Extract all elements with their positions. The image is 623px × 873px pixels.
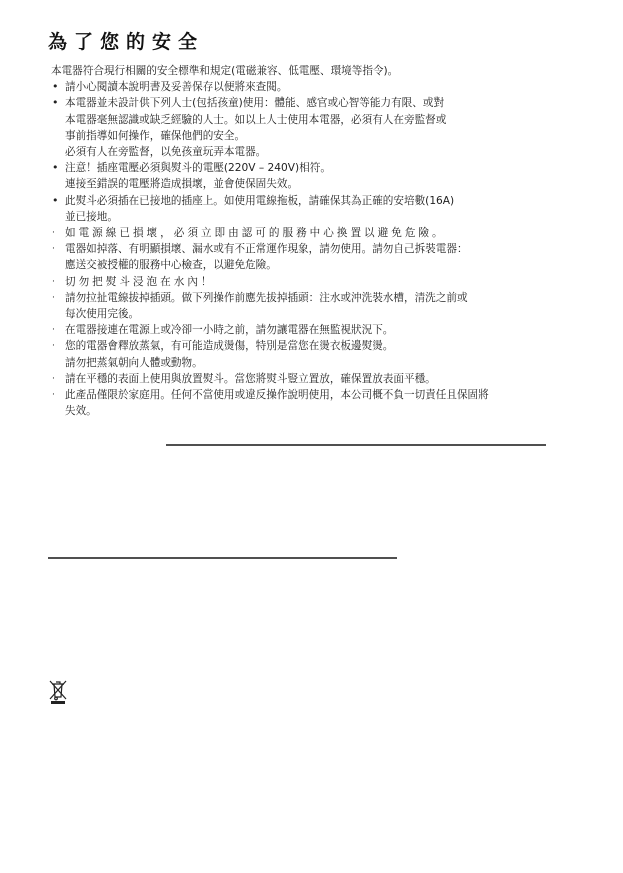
bullet-icon: • (52, 79, 62, 95)
list-item-line: 注意！插座電壓必須與熨斗的電壓(220V – 240V)相符。 (65, 160, 571, 176)
list-item-line: 您的電器會釋放蒸氣，有可能造成燙傷，特別是當您在燙衣板邊熨燙。 (65, 338, 571, 354)
bullet-icon: · (52, 387, 62, 403)
list-item: •此熨斗必須插在已接地的插座上。如使用電線拖板，請確保其為正確的安培數(16A)… (51, 193, 571, 225)
bullet-icon: · (52, 338, 62, 354)
list-item: ·如電源線已損壞，必須立即由認可的服務中心換置以避免危險。 (51, 225, 571, 241)
bullet-icon: • (52, 95, 62, 111)
bullet-icon: · (52, 241, 62, 257)
bullet-icon: • (52, 193, 62, 209)
bullet-icon: · (52, 322, 62, 338)
list-item-line: 必須有人在旁監督，以免孩童玩弄本電器。 (65, 144, 571, 160)
intro-paragraph: 本電器符合現行相關的安全標準和規定(電磁兼容、低電壓、環境等指令)。 (51, 63, 571, 79)
safety-list: •請小心閱讀本說明書及妥善保存以便將來查閱。•本電器並未設計供下列人士(包括孩童… (51, 79, 571, 419)
list-item: ·請勿拉扯電線拔掉插頭。做下列操作前應先拔掉插頭：注水或沖洗裝水槽，清洗之前或每… (51, 290, 571, 322)
list-item-line: 切勿把熨斗浸泡在水內！ (65, 274, 571, 290)
list-item-line: 應送交被授權的服務中心檢查，以避免危險。 (65, 257, 571, 273)
list-item-line: 並已接地。 (65, 209, 571, 225)
list-item-line: 請勿把蒸氣朝向人體或動物。 (65, 355, 571, 371)
list-item: •注意！插座電壓必須與熨斗的電壓(220V – 240V)相符。連接至錯誤的電壓… (51, 160, 571, 192)
list-item-line: 本電器並未設計供下列人士(包括孩童)使用：體能、感官或心智等能力有限、或對 (65, 95, 571, 111)
list-item: ·電器如掉落、有明顯損壞、漏水或有不正常運作現象，請勿使用。請勿自己拆裝電器：應… (51, 241, 571, 273)
list-item-line: 請在平穩的表面上使用與放置熨斗。當您將熨斗豎立置放，確保置放表面平穩。 (65, 371, 571, 387)
divider-rule-bottom (48, 557, 397, 559)
list-item-line: 在電器接連在電源上或冷卻一小時之前，請勿讓電器在無監視狀況下。 (65, 322, 571, 338)
list-item-line: 連接至錯誤的電壓將造成損壞，並會使保固失效。 (65, 176, 571, 192)
list-item-line: 失效。 (65, 403, 571, 419)
list-item-line: 電器如掉落、有明顯損壞、漏水或有不正常運作現象，請勿使用。請勿自己拆裝電器： (65, 241, 571, 257)
list-item-line: 此熨斗必須插在已接地的插座上。如使用電線拖板，請確保其為正確的安培數(16A) (65, 193, 571, 209)
list-item: ·切勿把熨斗浸泡在水內！ (51, 274, 571, 290)
list-item-line: 請勿拉扯電線拔掉插頭。做下列操作前應先拔掉插頭：注水或沖洗裝水槽，清洗之前或 (65, 290, 571, 306)
list-item: ·在電器接連在電源上或冷卻一小時之前，請勿讓電器在無監視狀況下。 (51, 322, 571, 338)
page-title: 為了您的安全 (48, 27, 204, 54)
list-item-line: 每次使用完後。 (65, 306, 571, 322)
safety-text: 本電器符合現行相關的安全標準和規定(電磁兼容、低電壓、環境等指令)。 •請小心閱… (51, 63, 571, 419)
list-item-line: 此產品僅限於家庭用。任何不當使用或違反操作說明使用，本公司概不負一切責任且保固將 (65, 387, 571, 403)
list-item: ·此產品僅限於家庭用。任何不當使用或違反操作說明使用，本公司概不負一切責任且保固… (51, 387, 571, 419)
list-item-line: 如電源線已損壞，必須立即由認可的服務中心換置以避免危險。 (65, 225, 571, 241)
divider-rule-top (166, 444, 546, 446)
list-item: •請小心閱讀本說明書及妥善保存以便將來查閱。 (51, 79, 571, 95)
list-item-line: 事前指導如何操作，確保他們的安全。 (65, 128, 571, 144)
bullet-icon: · (52, 371, 62, 387)
bullet-icon: · (52, 274, 62, 290)
list-item: •本電器並未設計供下列人士(包括孩童)使用：體能、感官或心智等能力有限、或對本電… (51, 95, 571, 160)
list-item: ·您的電器會釋放蒸氣，有可能造成燙傷，特別是當您在燙衣板邊熨燙。請勿把蒸氣朝向人… (51, 338, 571, 370)
bullet-icon: • (52, 160, 62, 176)
list-item-line: 本電器毫無認識或缺乏經驗的人士。如以上人士使用本電器，必須有人在旁監督或 (65, 112, 571, 128)
weee-disposal-icon (48, 678, 68, 706)
bullet-icon: · (52, 290, 62, 306)
bullet-icon: · (52, 225, 62, 241)
list-item-line: 請小心閱讀本說明書及妥善保存以便將來查閱。 (65, 79, 571, 95)
list-item: ·請在平穩的表面上使用與放置熨斗。當您將熨斗豎立置放，確保置放表面平穩。 (51, 371, 571, 387)
